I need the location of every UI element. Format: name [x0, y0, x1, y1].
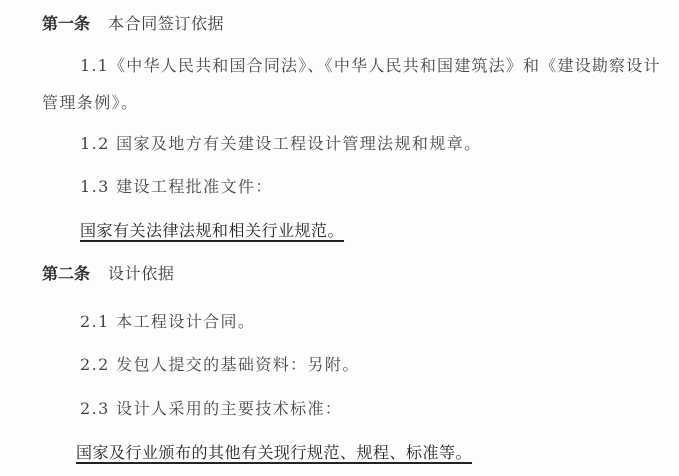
clause-1-3-underlined-value: 国家有关法律法规和相关行业规范。	[80, 221, 344, 241]
clause-2-2: 2.2 发包人提交的基础资料：另附。	[80, 355, 360, 375]
article-1-heading: 第一条本合同签订依据	[42, 14, 224, 34]
article-number: 第二条	[42, 264, 90, 283]
article-title: 本合同签订依据	[108, 14, 224, 33]
clause-2-3: 2.3 设计人采用的主要技术标准：	[80, 399, 342, 419]
clause-1-3: 1.3 建设工程批准文件：	[80, 177, 273, 197]
article-2-heading: 第二条设计依据	[42, 264, 174, 284]
clause-2-1: 2.1 本工程设计合同。	[80, 312, 255, 332]
clause-2-3-underlined-value: 国家及行业颁布的其他有关现行规范、规程、标准等。	[76, 443, 472, 463]
clause-1-1-line1: 1.1《中华人民共和国合同法》、《中华人民共和国建筑法》和《建设勘察设计	[80, 56, 661, 76]
clause-1-2: 1.2 国家及地方有关建设工程设计管理法规和规章。	[80, 134, 482, 154]
clause-1-1-line2: 管理条例》。	[42, 93, 138, 113]
article-number: 第一条	[42, 14, 90, 33]
article-title: 设计依据	[108, 264, 174, 283]
